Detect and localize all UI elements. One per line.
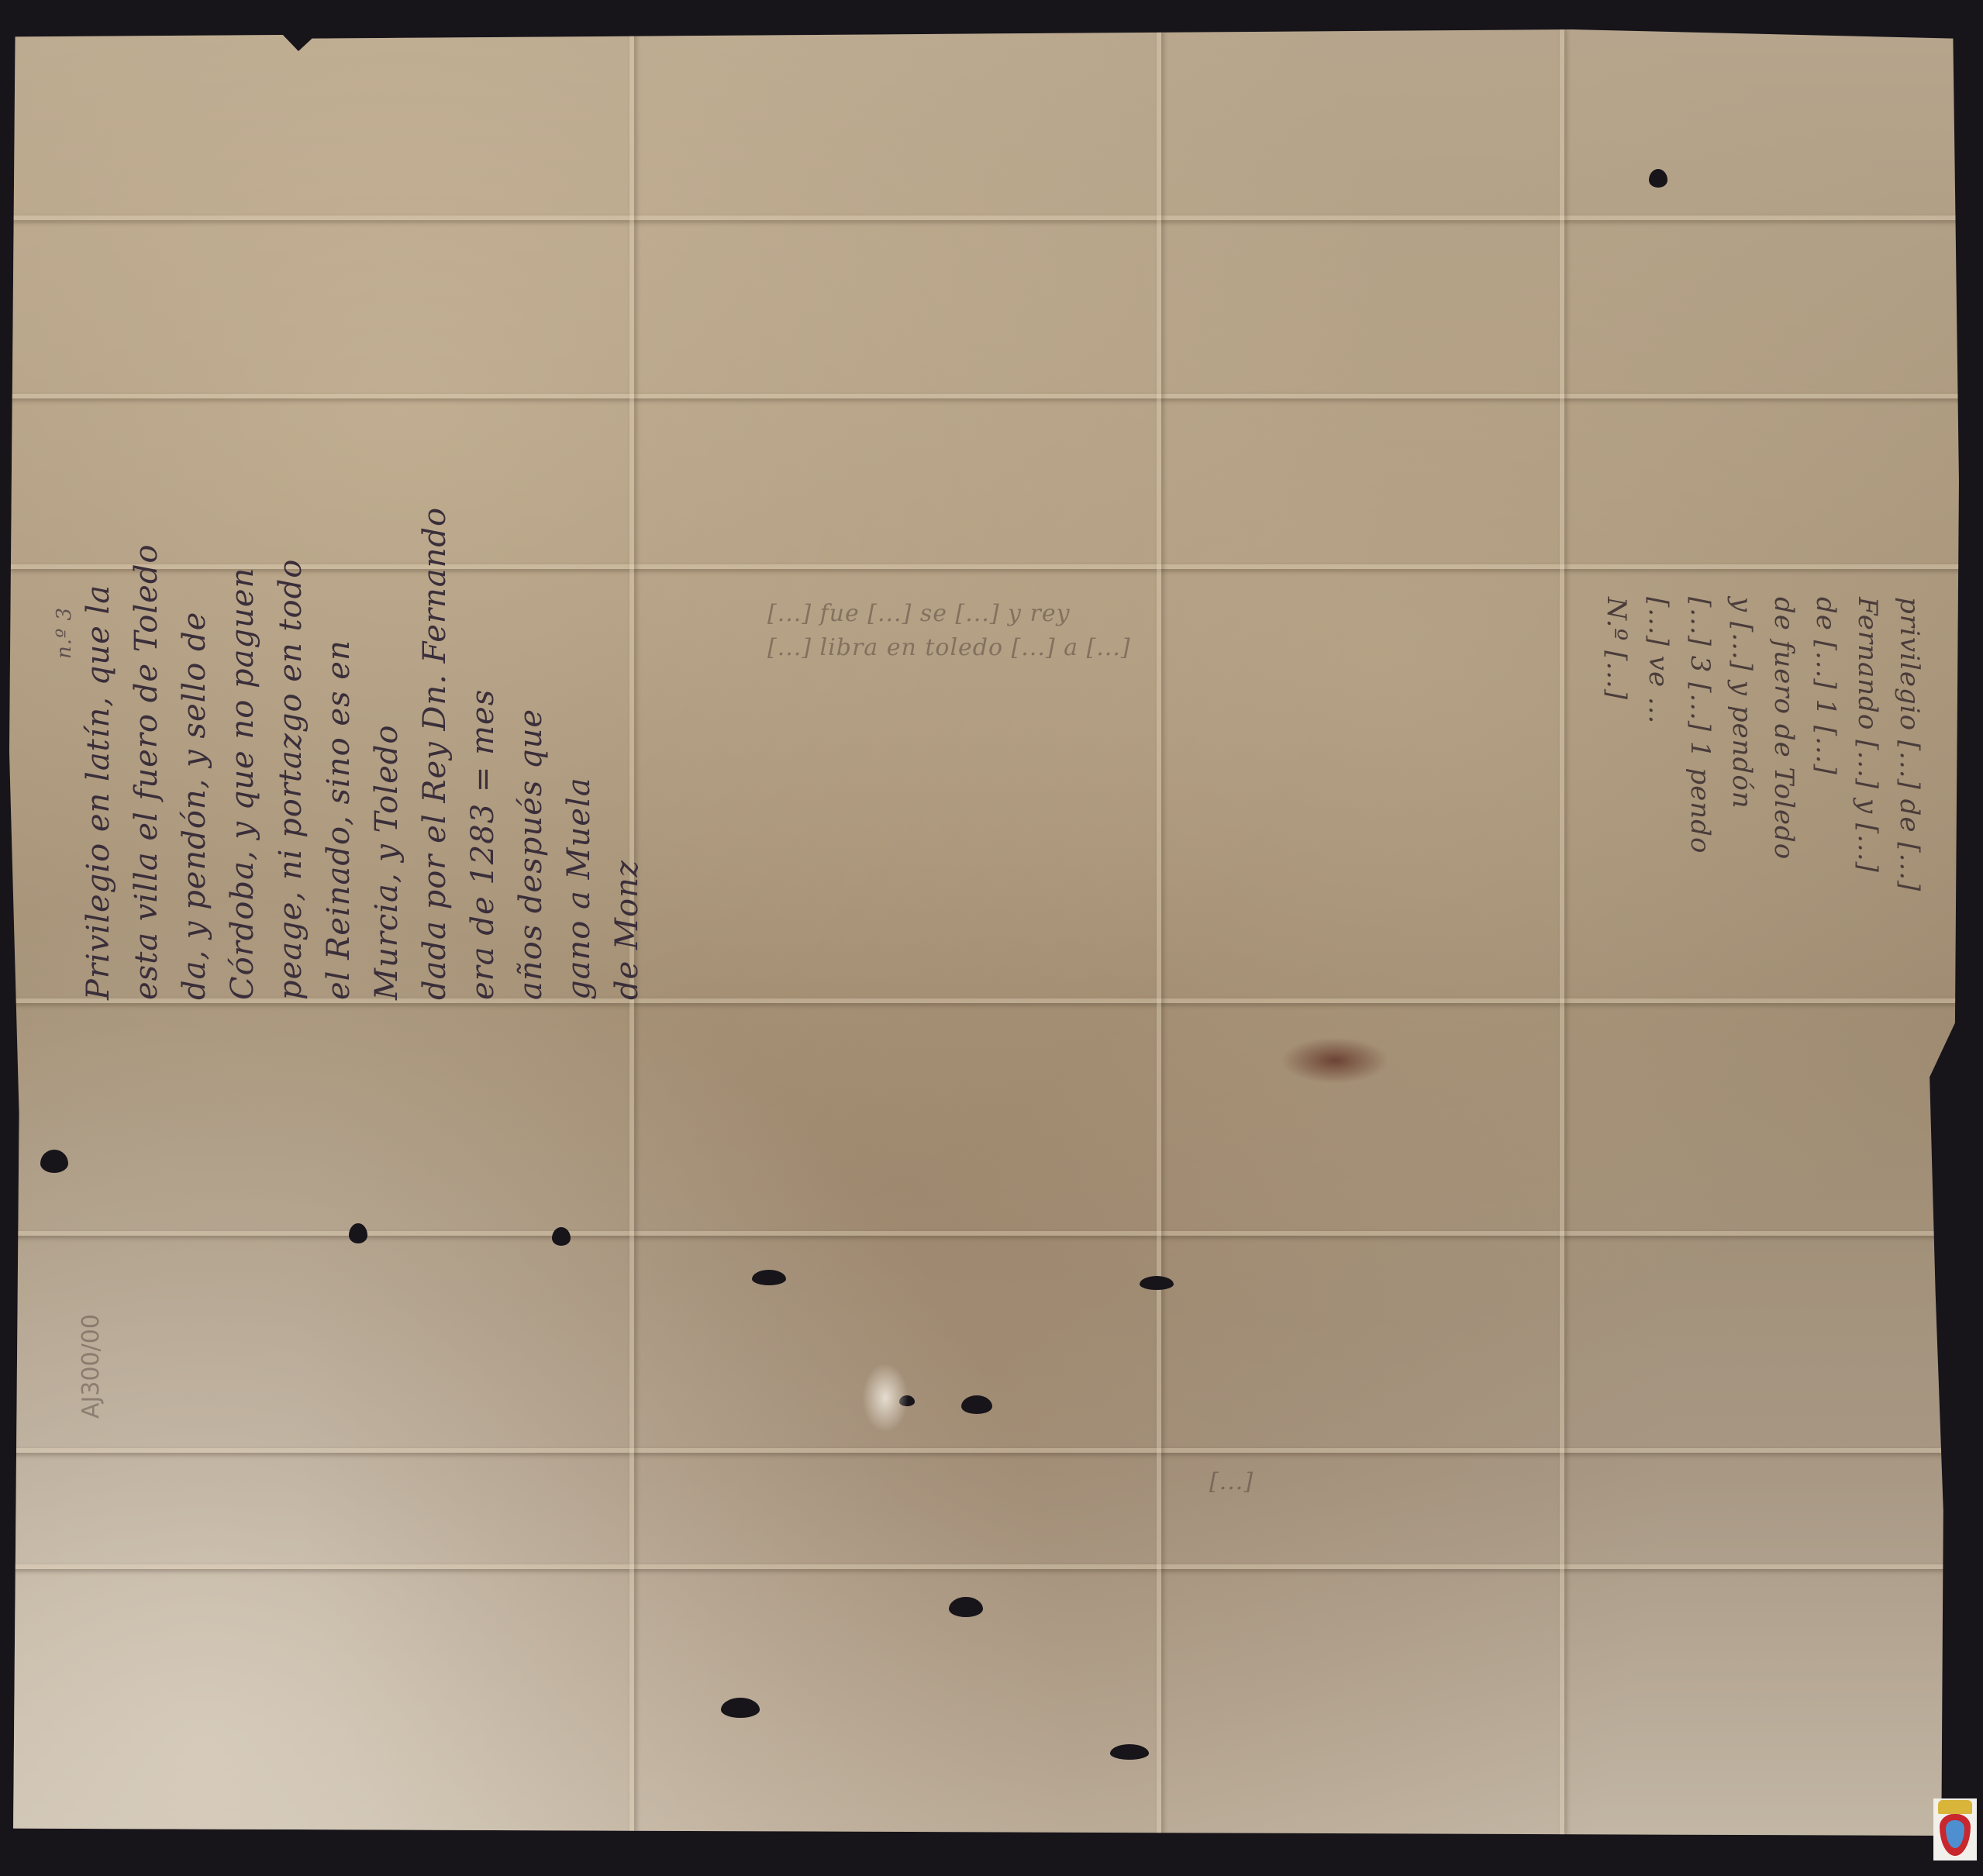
endorsement-line: Murcia, y Toledo [363,507,411,1000]
paper-repair-patch [862,1363,909,1433]
fold-line [9,1231,1963,1236]
endorsement-line: dada por el Rey Dn. Fernando [411,507,459,1000]
middle-annotation: [...] fue [...] se [...] y rey [...] lib… [767,597,1131,665]
endorsement-line: y [...] y pendón [1721,597,1763,891]
hole [1110,1744,1149,1760]
endorsement-line: de fuero de Toledo [1763,597,1805,891]
hole [1140,1276,1174,1290]
endorsement-line: de Monz [603,507,651,1000]
endorsement-line: años después que [507,507,555,1000]
endorsement-line: esta villa el fuero de Toledo [122,507,171,1000]
fold-line [9,1564,1963,1569]
right-endorsement: privilegio [...] de [...] Fernando [...]… [1595,597,1930,891]
hole [752,1270,786,1285]
hole [552,1227,571,1246]
endorsement-line: Fernando [...] y [...] [1847,597,1888,891]
hole [721,1698,760,1718]
endorsement-line: da, y pendón, y sello de [171,507,219,1000]
endorsement-line: era de 1283 = mes [459,507,507,1000]
endorsement-line: [...] ve ... [1637,597,1679,891]
fold-line [9,216,1963,220]
left-endorsement: n.º 3 Privilegio en latín, que la esta v… [54,507,651,1000]
faint-bottom-mark: [...] [1209,1465,1254,1499]
fold-line [9,394,1963,398]
fold-line [9,1448,1963,1453]
endorsement-line: gano a Muela [555,507,603,1000]
hole [949,1597,983,1617]
hole [1649,169,1667,188]
hole [961,1395,992,1414]
annotation-line: [...] libra en toledo [...] a [...] [767,631,1131,665]
endorsement-line: N.º [...] [1595,597,1637,891]
castle-field-icon [1946,1820,1964,1848]
faint-text: [...] [1209,1465,1254,1499]
annotation-line: [...] fue [...] se [...] y rey [767,597,1131,631]
document-number-mark: n.º 3 [54,507,74,1000]
ink-stain [1281,1037,1389,1084]
endorsement-line: Córdoba, y que no paguen [219,507,267,1000]
coat-of-arms-logo [1933,1798,1977,1860]
fold-line [1157,29,1161,1836]
shield-icon [1940,1814,1971,1856]
endorsement-line: el Reinado, sino es en [315,507,363,1000]
endorsement-line: de [...] 1 [...] [1805,597,1847,891]
crown-icon [1938,1800,1972,1814]
endorsement-line: peage, ni portazgo en todo [267,507,315,1000]
archive-number: AJ300/00 [78,1314,105,1419]
hole [40,1150,68,1173]
endorsement-line: privilegio [...] de [...] [1888,597,1930,891]
hole [349,1223,367,1243]
endorsement-line: [...] 3 [...] 1 pendo [1679,597,1721,891]
endorsement-line: Privilegio en latín, que la [74,507,122,1000]
fold-line [1560,29,1564,1836]
